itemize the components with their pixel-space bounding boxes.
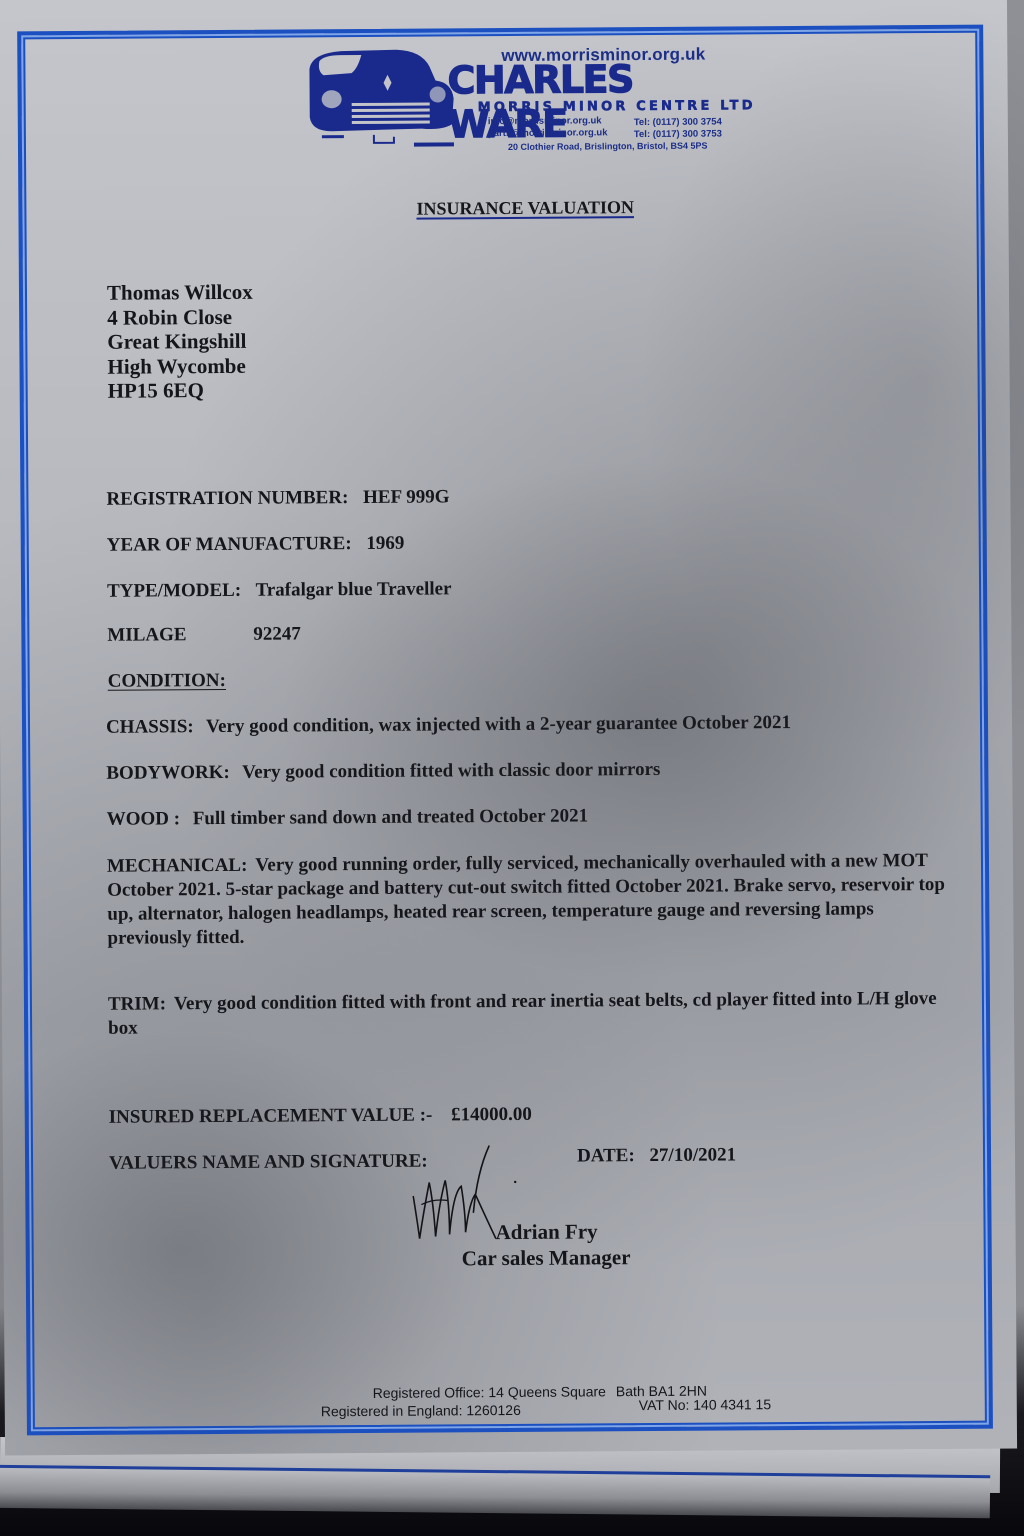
address-line: Great Kingshill <box>107 329 253 355</box>
condition-label: WOOD : <box>107 808 181 830</box>
recipient-name: Thomas Willcox <box>107 280 253 306</box>
signature-label: VALUERS NAME AND SIGNATURE: <box>109 1151 428 1175</box>
condition-label: MECHANICAL: <box>107 855 248 877</box>
insurance-valuation-document: www.morrisminor.org.uk CHARLES WARE MORR… <box>0 0 1017 1456</box>
registration-label: REGISTRATION NUMBER: <box>106 487 348 510</box>
insured-value-label: INSURED REPLACEMENT VALUE :- <box>109 1105 433 1128</box>
condition-text: Very good condition fitted with front an… <box>108 988 937 1039</box>
condition-bodywork: BODYWORK: Very good condition fitted wit… <box>106 759 660 785</box>
document-title: INSURANCE VALUATION <box>416 197 634 220</box>
condition-heading: CONDITION: <box>108 670 226 693</box>
insured-value-field: INSURED REPLACEMENT VALUE :- £14000.00 <box>109 1104 532 1129</box>
condition-text: Very good condition fitted with classic … <box>242 759 660 783</box>
condition-trim: TRIM:Very good condition fitted with fro… <box>108 987 958 1041</box>
recipient-address-block: Thomas Willcox 4 Robin Close Great Kings… <box>107 280 254 404</box>
condition-text: Very good condition, wax injected with a… <box>206 712 791 737</box>
mileage-label: MILAGE <box>107 624 186 646</box>
signer-name: Adrian Fry <box>495 1219 597 1245</box>
letterhead: www.morrisminor.org.uk CHARLES WARE MORR… <box>301 44 762 167</box>
address-line: 4 Robin Close <box>107 304 253 330</box>
underlying-page-edge <box>0 1465 990 1518</box>
condition-label: BODYWORK: <box>106 762 230 784</box>
address-line: HP15 6EQ <box>108 378 254 404</box>
company-address: 20 Clothier Road, Brislington, Bristol, … <box>508 141 708 152</box>
photo-scene: www.morrisminor.org.uk CHARLES WARE MORR… <box>0 0 1024 1536</box>
morris-minor-car-icon <box>301 46 462 152</box>
phone-2: Tel: (0117) 300 3753 <box>634 128 722 140</box>
address-line: High Wycombe <box>107 353 253 379</box>
condition-mechanical: MECHANICAL:Very good running order, full… <box>107 849 958 951</box>
mileage-field: MILAGE 92247 <box>107 623 301 646</box>
email-parts: parts@morrisminor.org.uk <box>488 127 608 139</box>
model-label: TYPE/MODEL: <box>107 580 241 602</box>
year-value: 1969 <box>366 533 404 554</box>
insured-value-amount: £14000.00 <box>451 1104 532 1126</box>
phone-1: Tel: (0117) 300 3754 <box>634 116 722 128</box>
model-value: Trafalgar blue Traveller <box>255 578 451 600</box>
year-label: YEAR OF MANUFACTURE: <box>107 533 352 556</box>
model-field: TYPE/MODEL: Trafalgar blue Traveller <box>107 578 452 602</box>
date-field: DATE: 27/10/2021 <box>577 1144 736 1167</box>
registered-office-address: Registered Office: 14 Queens Square <box>373 1383 606 1401</box>
year-field: YEAR OF MANUFACTURE: 1969 <box>107 533 405 557</box>
company-subtitle: MORRIS MINOR CENTRE LTD <box>478 98 756 115</box>
registration-value: HEF 999G <box>363 486 450 508</box>
email-info: info@morrisminor.org.uk <box>488 115 602 127</box>
registered-in-england: Registered in England: 1260126 <box>321 1402 521 1419</box>
condition-label: CHASSIS: <box>106 716 194 738</box>
condition-label: TRIM: <box>108 993 166 1014</box>
registration-field: REGISTRATION NUMBER: HEF 999G <box>106 486 449 510</box>
vat-number: VAT No: 140 4341 15 <box>639 1396 771 1413</box>
mileage-value: 92247 <box>253 623 301 644</box>
date-value: 27/10/2021 <box>649 1144 736 1166</box>
condition-wood: WOOD : Full timber sand down and treated… <box>107 805 589 830</box>
signer-role: Car sales Manager <box>462 1245 631 1271</box>
date-label: DATE: <box>577 1145 635 1166</box>
condition-text: Full timber sand down and treated Octobe… <box>193 805 588 829</box>
